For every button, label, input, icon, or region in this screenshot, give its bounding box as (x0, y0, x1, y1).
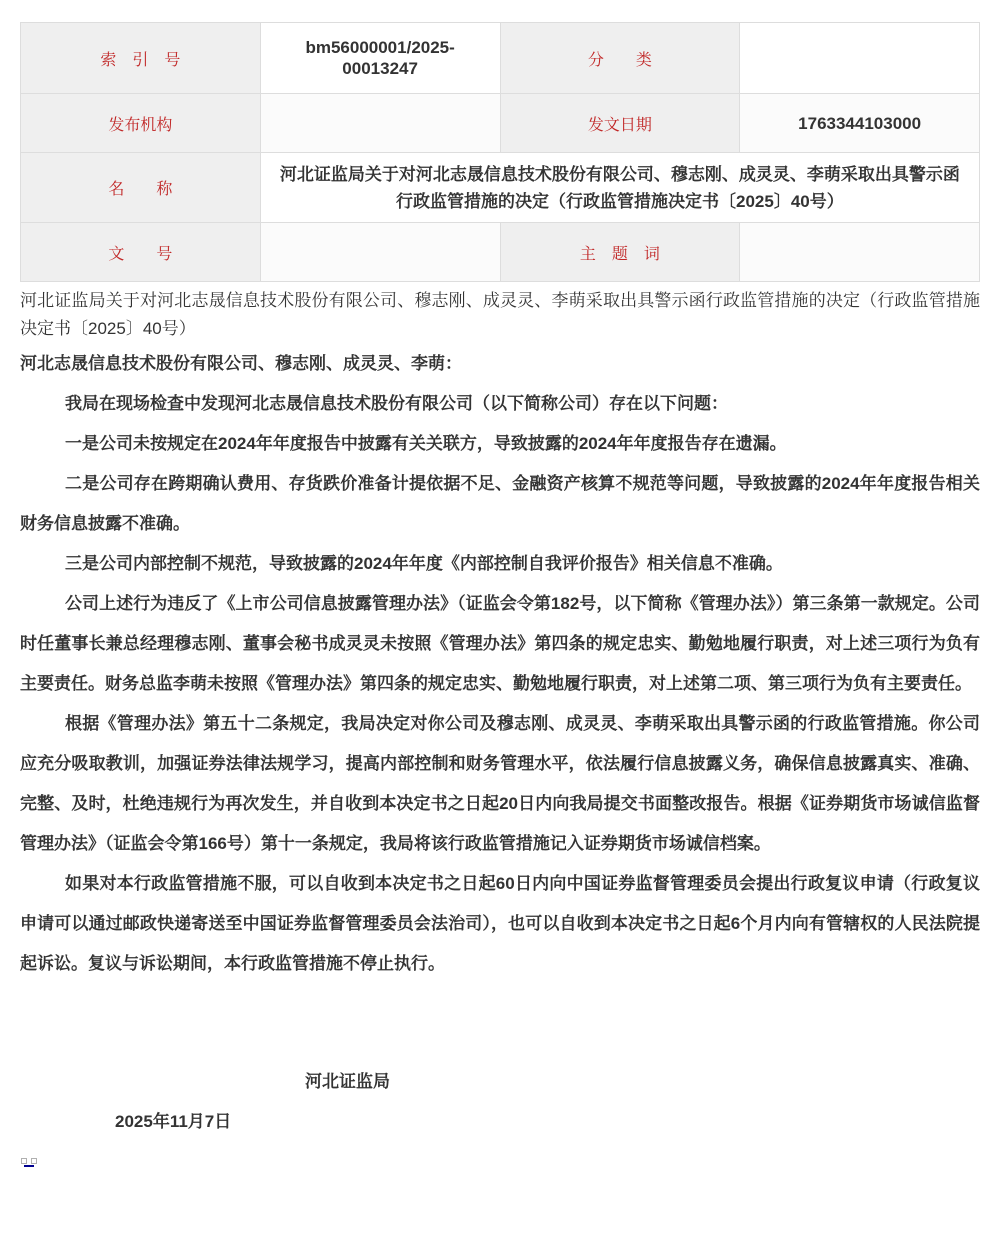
category-label: 分 类 (500, 23, 740, 94)
paragraph: 如果对本行政监管措施不服，可以自收到本决定书之日起60日内向中国证券监督管理委员… (20, 864, 980, 984)
subject-words-value (740, 223, 980, 282)
paragraph: 三是公司内部控制不规范，导致披露的2024年年度《内部控制自我评价报告》相关信息… (20, 544, 980, 584)
salutation: 河北志晟信息技术股份有限公司、穆志刚、成灵灵、李萌： (20, 344, 980, 384)
issue-date-value: 1763344103000 (740, 94, 980, 153)
paragraph: 一是公司未按规定在2024年年度报告中披露有关关联方，导致披露的2024年年度报… (20, 424, 980, 464)
broken-image-underline (24, 1165, 34, 1167)
index-number-label: 索 引 号 (21, 23, 261, 94)
document-body: 河北证监局关于对河北志晟信息技术股份有限公司、穆志刚、成灵灵、李萌采取出具警示函… (20, 287, 980, 1167)
document-title: 河北证监局关于对河北志晟信息技术股份有限公司、穆志刚、成灵灵、李萌采取出具警示函… (20, 287, 980, 343)
document-page: 索 引 号 bm56000001/2025-00013247 分 类 发布机构 … (0, 0, 1000, 1253)
signature-block: 河北证监局 2025年11月7日 (20, 1062, 980, 1142)
issuing-agency-value (260, 94, 500, 153)
broken-image-box-left (21, 1158, 27, 1164)
signature-date: 2025年11月7日 (20, 1102, 980, 1142)
doc-number-label: 文 号 (21, 223, 261, 282)
paragraph: 根据《管理办法》第五十二条规定，我局决定对你公司及穆志刚、成灵灵、李萌采取出具警… (20, 704, 980, 864)
table-row: 发布机构 发文日期 1763344103000 (21, 94, 980, 153)
issue-date-label: 发文日期 (500, 94, 740, 153)
table-row: 文 号 主 题 词 (21, 223, 980, 282)
broken-image-box-right (31, 1158, 37, 1164)
subject-words-label: 主 题 词 (500, 223, 740, 282)
doc-number-value (260, 223, 500, 282)
paragraph: 我局在现场检查中发现河北志晟信息技术股份有限公司（以下简称公司）存在以下问题： (20, 384, 980, 424)
signature-agency: 河北证监局 (20, 1062, 980, 1102)
broken-image-icon (21, 1158, 37, 1167)
title-label: 名 称 (21, 153, 261, 223)
paragraph: 公司上述行为违反了《上市公司信息披露管理办法》（证监会令第182号，以下简称《管… (20, 584, 980, 704)
title-value: 河北证监局关于对河北志晟信息技术股份有限公司、穆志刚、成灵灵、李萌采取出具警示函… (260, 153, 979, 223)
table-row: 索 引 号 bm56000001/2025-00013247 分 类 (21, 23, 980, 94)
category-value (740, 23, 980, 94)
paragraph: 二是公司存在跨期确认费用、存货跌价准备计提依据不足、金融资产核算不规范等问题，导… (20, 464, 980, 544)
issuing-agency-label: 发布机构 (21, 94, 261, 153)
index-number-value: bm56000001/2025-00013247 (260, 23, 500, 94)
document-meta-table: 索 引 号 bm56000001/2025-00013247 分 类 发布机构 … (20, 22, 980, 282)
table-row: 名 称 河北证监局关于对河北志晟信息技术股份有限公司、穆志刚、成灵灵、李萌采取出… (21, 153, 980, 223)
